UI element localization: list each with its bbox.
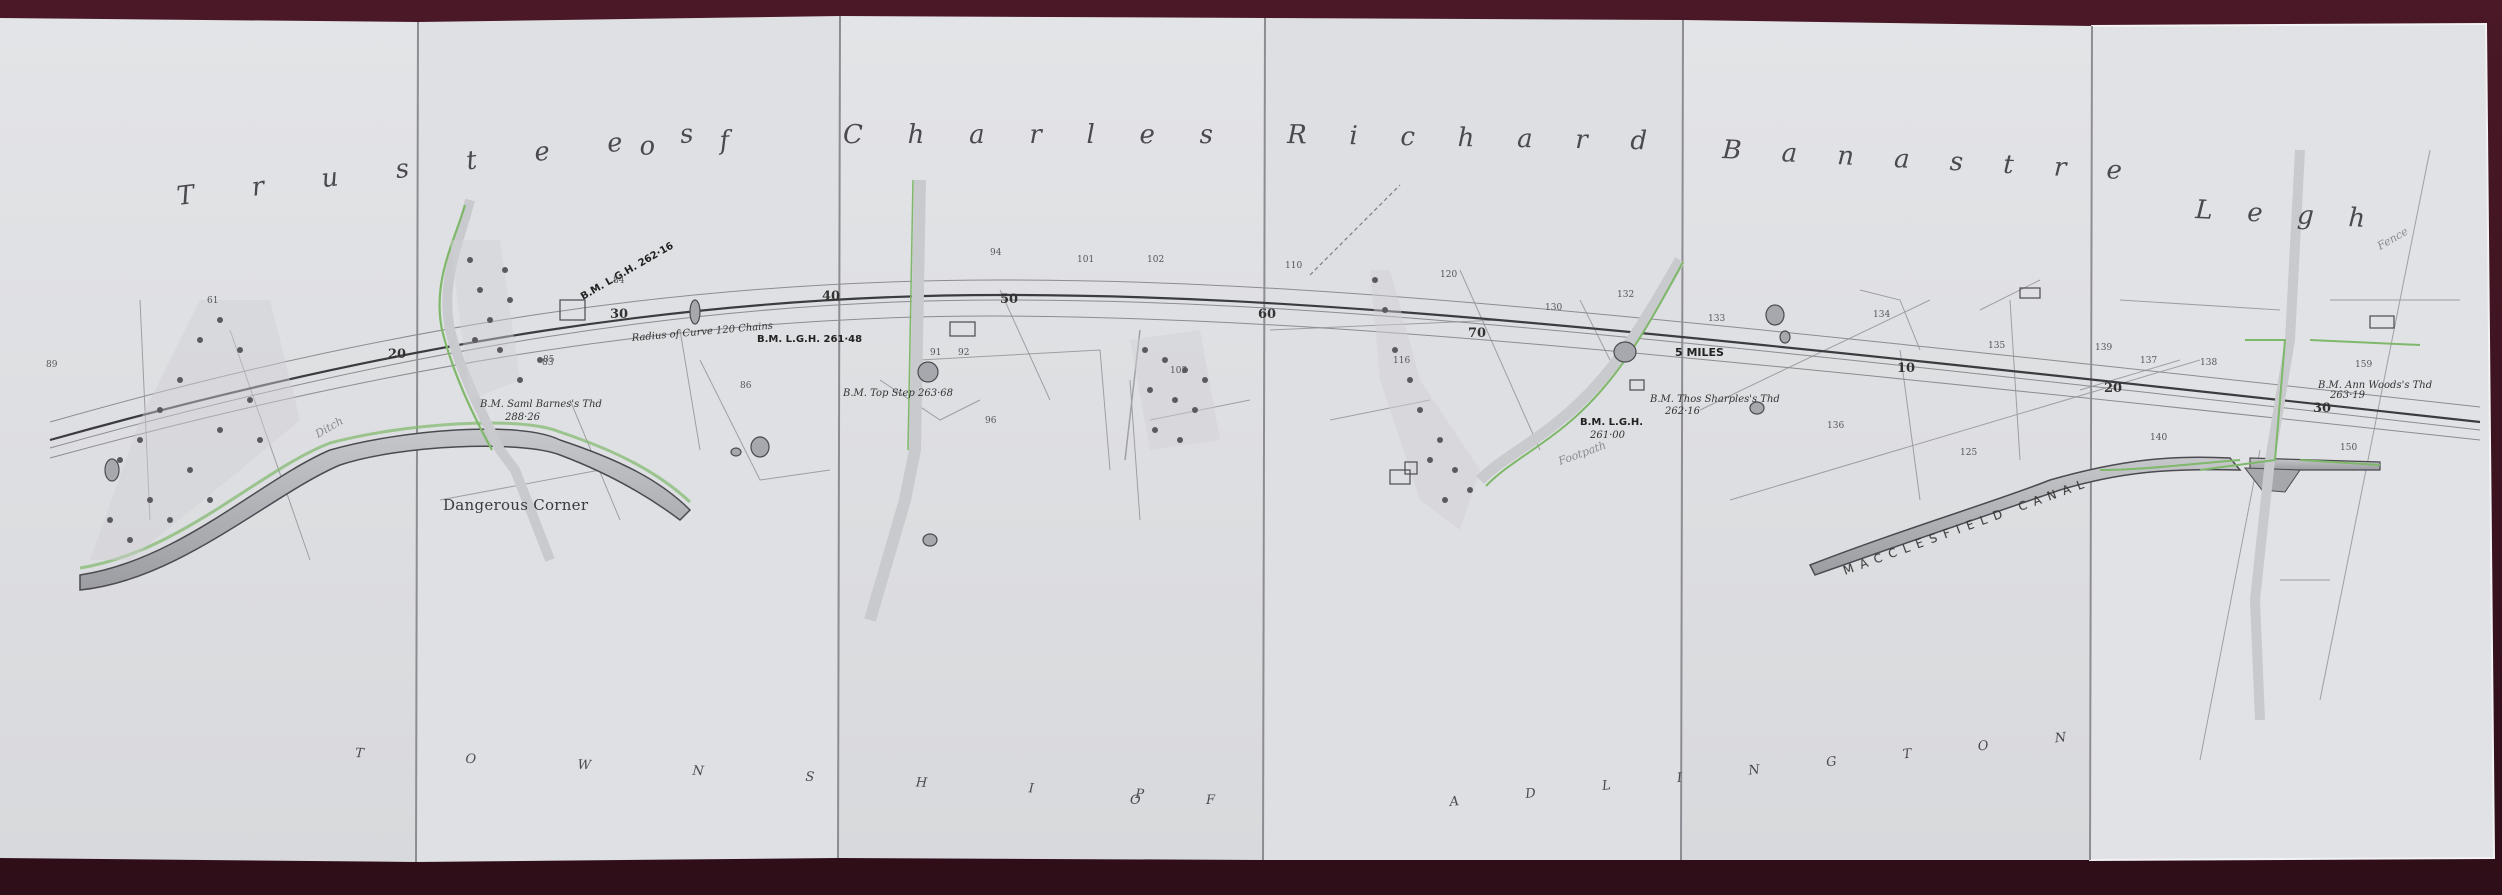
benchmark-5-value: 261·00 [1589,430,1626,441]
plot-number: 140 [2150,433,2167,443]
plot-number: 130 [1545,303,1562,313]
plot-number: 120 [1440,270,1457,280]
chainage-30b: 30 [2313,401,2331,416]
plot-number: 91 [930,348,941,358]
plot-number: 96 [985,416,997,426]
plot-number: 125 [1960,448,1977,458]
benchmark-2-value: 288·26 [504,412,541,423]
plot-number: 133 [1708,314,1725,324]
place-dangerous-corner: Dangerous Corner [443,496,589,514]
mile-marker: 5 MILES [1675,346,1724,359]
plot-number: 92 [958,348,969,358]
chainage-40: 40 [822,289,840,304]
plot-number: 83 [542,358,554,368]
benchmark-7-value: 263·19 [2329,390,2366,401]
plot-number: 94 [990,248,1002,258]
plot-number: 86 [740,381,752,391]
chainage-20b: 20 [2104,381,2122,396]
plot-number: 136 [1827,421,1844,431]
plot-number: 132 [1617,290,1634,300]
plot-number: 102 [1147,255,1164,265]
chainage-30: 30 [610,307,628,322]
chainage-10: 10 [1897,361,1915,376]
chainage-20: 20 [388,347,406,362]
chainage-50: 50 [1000,292,1018,307]
plot-number: 110 [1285,261,1302,271]
benchmark-6: B.M. Thos Sharples's Thd [1649,394,1780,405]
benchmark-2: B.M. Saml Barnes's Thd [479,399,602,410]
plot-number: 116 [1393,356,1410,366]
plot-number: 135 [1988,341,2005,351]
panel-5 [1681,20,2092,860]
plot-number: 134 [1873,310,1890,320]
plot-number: 101 [1077,255,1094,265]
plot-number: 103 [1170,366,1187,376]
plot-number: 139 [2095,343,2112,353]
chainage-60: 60 [1258,307,1276,322]
plot-number: 150 [2340,443,2357,453]
plot-number: 61 [207,296,218,306]
benchmark-4: B.M. Top Step 263·68 [842,388,953,399]
plot-number: 138 [2200,358,2217,368]
plot-number: 159 [2355,360,2372,370]
chainage-70: 70 [1468,326,1486,341]
benchmark-3: B.M. L.G.H. 261·48 [757,334,862,345]
benchmark-5: B.M. L.G.H. [1580,417,1643,428]
plot-number: 137 [2140,356,2157,366]
benchmark-6-value: 262·16 [1664,406,1701,417]
plot-number: 89 [46,360,58,370]
plot-number: 84 [613,276,625,286]
map-sheet: Trustees of Charles Richard Banastre Leg… [0,0,2502,895]
